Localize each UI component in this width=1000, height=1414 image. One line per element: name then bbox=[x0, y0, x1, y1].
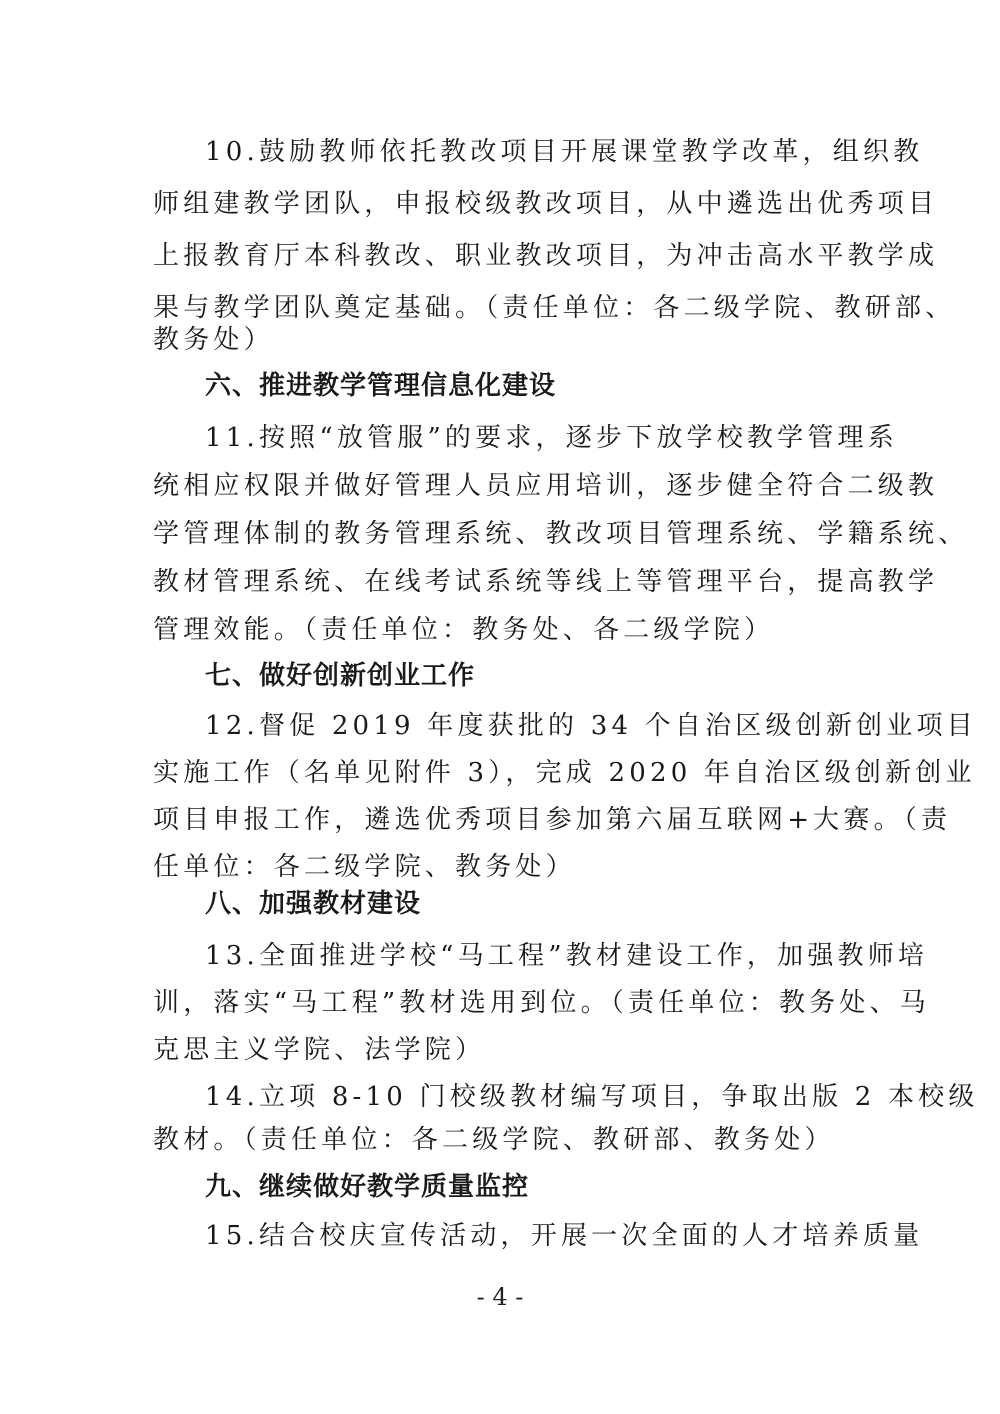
paragraph-line: 实施工作（名单见附件 3），完成 2020 年自治区级创新创业 bbox=[153, 757, 853, 789]
paragraph-line: 10.鼓励教师依托教改项目开展课堂教学改革，组织教 bbox=[205, 136, 853, 168]
paragraph-line: 12.督促 2019 年度获批的 34 个自治区级创新创业项目 bbox=[205, 710, 853, 742]
section-heading: 九、继续做好教学质量监控 bbox=[205, 1171, 529, 1203]
paragraph-line: 任单位：各二级学院、教务处） bbox=[153, 851, 853, 883]
paragraph-line: 师组建教学团队，申报校级教改项目，从中遴选出优秀项目 bbox=[153, 188, 853, 220]
paragraph-line: 项目申报工作，遴选优秀项目参加第六届互联网+大赛。（责 bbox=[153, 804, 853, 836]
paragraph-line: 训，落实“马工程”教材选用到位。（责任单位：教务处、马 bbox=[153, 987, 853, 1019]
document-page: 10.鼓励教师依托教改项目开展课堂教学改革，组织教 师组建教学团队，申报校级教改… bbox=[0, 0, 1000, 1414]
paragraph-line: 克思主义学院、法学院） bbox=[153, 1034, 853, 1066]
paragraph-line: 14.立项 8-10 门校级教材编写项目，争取出版 2 本校级 bbox=[205, 1081, 853, 1113]
section-heading: 八、加强教材建设 bbox=[205, 888, 421, 920]
paragraph-line: 上报教育厅本科教改、职业教改项目，为冲击高水平教学成 bbox=[153, 240, 853, 272]
paragraph-line: 15.结合校庆宣传活动，开展一次全面的人才培养质量 bbox=[205, 1220, 853, 1252]
section-heading: 七、做好创新创业工作 bbox=[205, 660, 475, 692]
paragraph-line: 教材管理系统、在线考试系统等线上等管理平台，提高教学 bbox=[153, 566, 853, 598]
paragraph-line: 果与教学团队奠定基础。（责任单位：各二级学院、教研部、 bbox=[153, 292, 853, 324]
section-heading: 六、推进教学管理信息化建设 bbox=[205, 370, 556, 402]
paragraph-line: 教务处） bbox=[153, 324, 853, 356]
paragraph-line: 学管理体制的教务管理系统、教改项目管理系统、学籍系统、 bbox=[153, 518, 853, 550]
paragraph-line: 管理效能。（责任单位：教务处、各二级学院） bbox=[153, 614, 853, 646]
paragraph-line: 13.全面推进学校“马工程”教材建设工作，加强教师培 bbox=[205, 940, 853, 972]
paragraph-line: 教材。（责任单位：各二级学院、教研部、教务处） bbox=[153, 1124, 853, 1156]
paragraph-line: 统相应权限并做好管理人员应用培训，逐步健全符合二级教 bbox=[153, 470, 853, 502]
paragraph-line: 11.按照“放管服”的要求，逐步下放学校教学管理系 bbox=[205, 422, 853, 454]
page-number: - 4 - bbox=[0, 1282, 1000, 1312]
